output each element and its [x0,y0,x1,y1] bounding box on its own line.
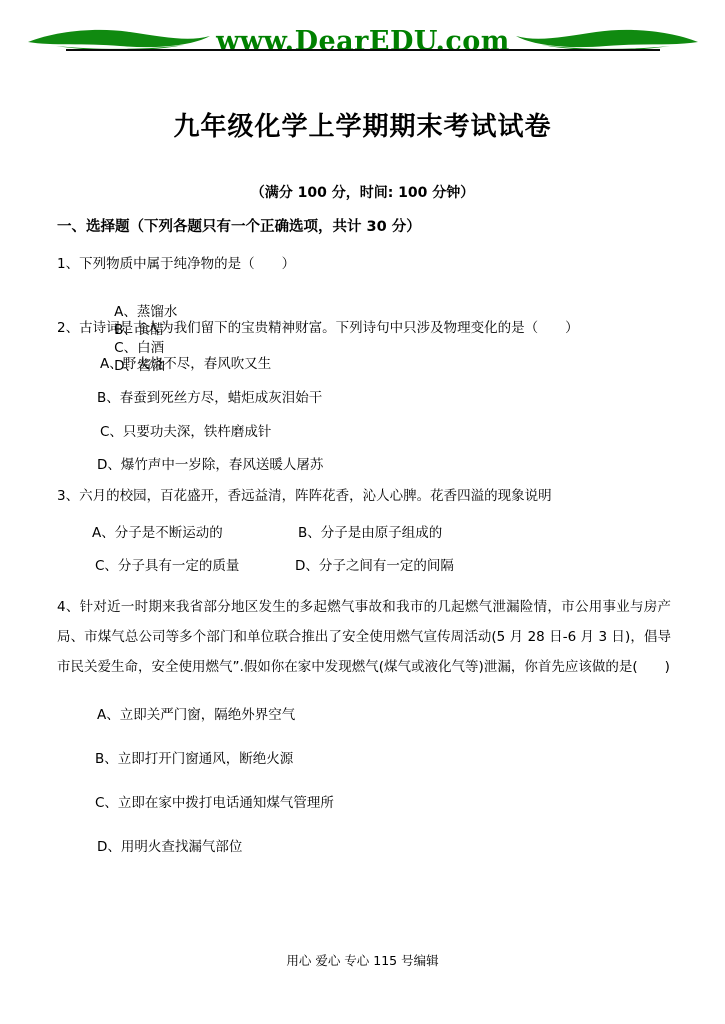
question-3-option-c: C、分子具有一定的质量 [95,557,239,575]
question-4-option-d: D、用明火查找漏气部位 [97,838,242,856]
question-2-option-a: A、野火烧不尽，春风吹又生 [100,355,271,373]
question-2-option-b: B、春蚕到死丝方尽，蜡炬成灰泪始干 [97,389,322,407]
question-3-option-d: D、分子之间有一定的间隔 [295,557,454,575]
page-footer: 用心 爱心 专心 115 号编辑 [0,952,725,970]
question-1-options: A、蒸馏水 B、食醋 C、白酒 D、酱油 [97,285,252,393]
exam-document-page: www.DearEDU.com 九年级化学上学期期末考试试卷 （满分 100 分… [0,0,725,1024]
question-4-option-b: B、立即打开门窗通风，断绝火源 [95,750,293,768]
site-logo-banner: www.DearEDU.com [64,20,662,52]
logo-swoosh-left-icon [26,25,212,51]
question-3-option-b: B、分子是由原子组成的 [298,524,442,542]
question-3-stem: 3、六月的校园，百花盛开，香远益清，阵阵花香，沁人心脾。花香四溢的现象说明 [57,487,552,505]
question-4-stem: 4、针对近一时期来我省部分地区发生的多起燃气事故和我市的几起燃气泄漏险情，市公用… [57,592,671,682]
logo-swoosh-right-icon [514,25,700,51]
question-4-option-c: C、立即在家中拨打电话通知煤气管理所 [95,794,334,812]
question-4-option-a: A、立即关严门窗，隔绝外界空气 [97,706,295,724]
question-3-option-a: A、分子是不断运动的 [92,524,223,542]
question-1-stem: 1、下列物质中属于纯净物的是（ ） [57,255,295,273]
question-2-option-d: D、爆竹声中一岁除，春风送暖人屠苏 [97,456,323,474]
exam-title: 九年级化学上学期期末考试试卷 [0,112,725,142]
exam-subtitle: （满分 100 分，时间: 100 分钟） [0,184,725,202]
header-divider [66,49,660,51]
question-2-stem: 2、古诗词是古人为我们留下的宝贵精神财富。下列诗句中只涉及物理变化的是（ ） [57,319,579,337]
section-heading: 一、选择题（下列各题只有一个正确选项，共计 30 分） [57,218,421,236]
question-2-option-c: C、只要功夫深，铁杵磨成针 [100,423,271,441]
